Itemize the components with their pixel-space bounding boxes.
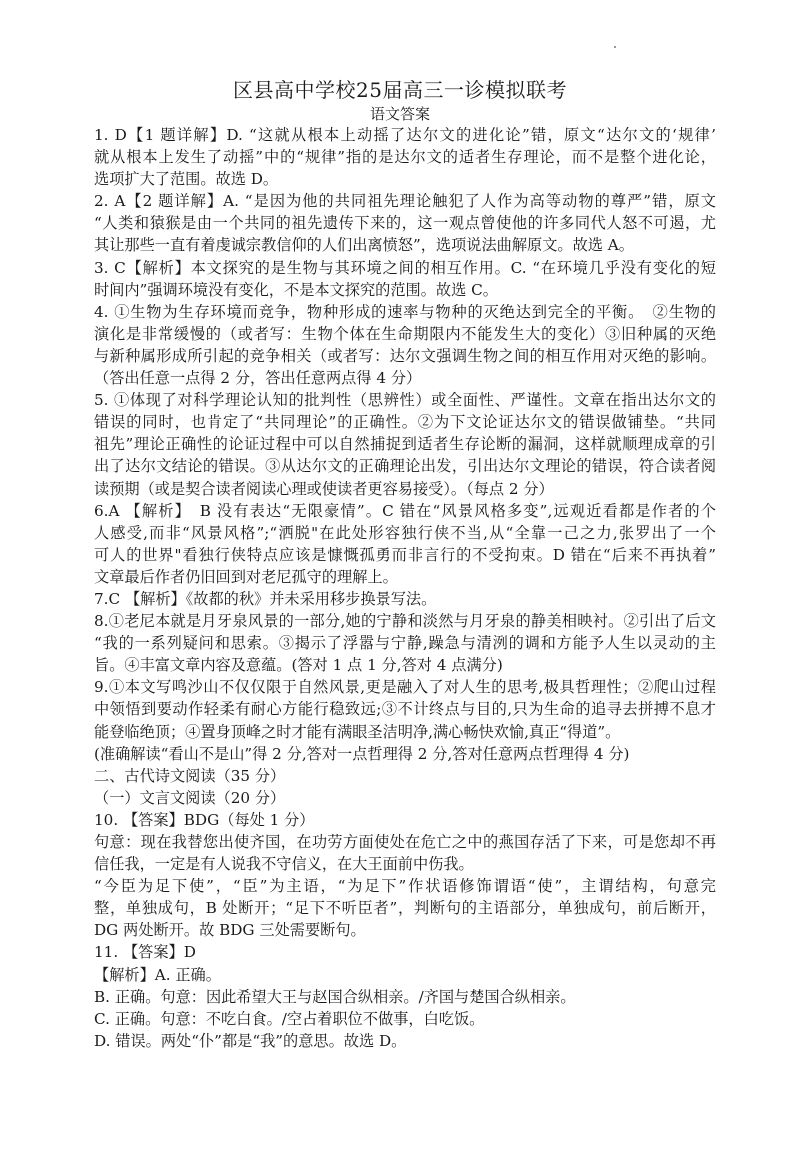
text-line: 出了达尔文结论的错误。③从达尔文的正确理论出发，引出达尔文理论的错误，符合读者阅 xyxy=(94,455,716,477)
page-title: 区县高中学校25届高三一诊模拟联考 xyxy=(0,78,800,102)
text-line: 信任我，一定是有人说我不守信义，在大王面前中伤我。 xyxy=(94,853,716,875)
text-line: (准确解读“看山不是山”得 2 分,答对一点哲理得 2 分,答对任意两点哲理得 … xyxy=(94,743,716,765)
text-line: 6.A 【解析】 B 没有表达“无限豪情”。C 错在“风景风格多变”,远观近看都… xyxy=(94,500,716,522)
text-line: 2. A【2 题详解】A. “是因为他的共同祖先理论触犯了人作为高等动物的尊严”… xyxy=(94,190,716,212)
text-line: 1. D【1 题详解】D. “这就从根本上动摇了达尔文的进化论”错，原文“达尔文… xyxy=(94,124,716,146)
text-line: 11. 【答案】D xyxy=(94,941,716,963)
text-line: 其让那些一直有着虔诚宗教信仰的人们出离愤怒”，选项说法曲解原文。故选 A。 xyxy=(94,234,716,256)
text-line: 5. ①体现了对科学理论认知的批判性（思辨性）或全面性、严谨性。文章在指出达尔文… xyxy=(94,389,716,411)
text-line: 整，单独成句，B 处断开；“足下不听臣者”，判断句的主语部分，单独成句，前后断开… xyxy=(94,897,716,919)
text-line: 句意：现在我替您出使齐国，在功劳方面使处在危亡之中的燕国存活了下来，可是您却不再 xyxy=(94,831,716,853)
text-line: 10. 【答案】BDG（每处 1 分） xyxy=(94,809,716,831)
scan-speck xyxy=(614,46,616,48)
text-line: 祖先”理论正确性的论证过程中可以自然捕捉到适者生存论断的漏洞，这样就顺理成章的引 xyxy=(94,433,716,455)
answer-body: 1. D【1 题详解】D. “这就从根本上动摇了达尔文的进化论”错，原文“达尔文… xyxy=(94,124,716,1052)
text-line: 4. ①生物为生存环境而竞争，物种形成的速率与物种的灭绝达到完全的平衡。 ②生物… xyxy=(94,301,716,323)
text-line: 可人的世界"看独行侠特点应该是慷慨孤勇而非言行的不受拘束。D 错在“后来不再执着… xyxy=(94,544,716,566)
text-line: DG 两处断开。故 BDG 三处需要断句。 xyxy=(94,919,716,941)
text-line: “人类和猿猴是由一个共同的祖先遗传下来的，这一观点曾使他的许多同代人怒不可遏，尤 xyxy=(94,212,716,234)
text-line: 能登临绝顶；④置身顶峰之时才能有满眼圣洁明净,满心畅快欢愉,真正“得道”。 xyxy=(94,721,716,743)
page-subtitle: 语文答案 xyxy=(0,104,800,124)
text-line: 9.①本文写鸣沙山不仅仅限于自然风景,更是融入了对人生的思考,极具哲理性；②爬山… xyxy=(94,676,716,698)
text-line: 旨。④丰富文章内容及意蕴。(答对 1 点 1 分,答对 4 点满分) xyxy=(94,654,716,676)
text-line: 错误的同时，也肯定了“共同理论”的正确性。②为下文论证达尔文的错误做铺垫。“共同 xyxy=(94,411,716,433)
text-line: 7.C 【解析】《故都的秋》并未采用移步换景写法。 xyxy=(94,588,716,610)
text-line: “我的一系列疑问和思索。③揭示了浮嚣与宁静,躁急与清洌的调和方能予人生以灵动的主 xyxy=(94,632,716,654)
text-line: 就从根本上发生了动摇”中的“规律”指的是达尔文的适者生存理论，而不是整个进化论， xyxy=(94,146,716,168)
text-line: D. 错误。两处“仆”都是“我”的意思。故选 D。 xyxy=(94,1030,716,1052)
text-line: （一）文言文阅读（20 分） xyxy=(94,787,716,809)
text-line: 时间内”强调环境没有变化，不是本文探究的范围。故选 C。 xyxy=(94,279,716,301)
text-line: C. 正确。句意：不吃白食。/空占着职位不做事，白吃饭。 xyxy=(94,1008,716,1030)
text-line: 与新种属形成所引起的竞争相关（或者写：达尔文强调生物之间的相互作用对灭绝的影响。 xyxy=(94,345,716,367)
text-line: 选项扩大了范围。故选 D。 xyxy=(94,168,716,190)
text-line: 文章最后作者仍旧回到对老尼孤守的理解上。 xyxy=(94,566,716,588)
text-line: 中领悟到要动作轻柔有耐心方能行稳致远;③不计终点与目的,只为生命的追寻去拼搏不息… xyxy=(94,698,716,720)
text-line: （答出任意一点得 2 分，答出任意两点得 4 分） xyxy=(94,367,716,389)
text-line: 二、古代诗文阅读（35 分） xyxy=(94,765,716,787)
text-line: 演化是非常缓慢的（或者写：生物个体在生命期限内不能发生大的变化）③旧种属的灭绝 xyxy=(94,323,716,345)
text-line: 8.①老尼本就是月牙泉风景的一部分,她的宁静和淡然与月牙泉的静美相映衬。②引出了… xyxy=(94,610,716,632)
text-line: 3. C【解析】本文探究的是生物与其环境之间的相互作用。C. “在环境几乎没有变… xyxy=(94,257,716,279)
text-line: 读预期（或是契合读者阅读心理或使读者更容易接受）。（每点 2 分） xyxy=(94,478,716,500)
text-line: 【解析】A. 正确。 xyxy=(94,964,716,986)
text-line: 人感受,而非“风景风格”;“洒脱"在此处形容独行侠不当,从“全靠一己之力,张罗出… xyxy=(94,522,716,544)
text-line: “今臣为足下使”，“臣”为主语，“为足下”作状语修饰谓语“使”，主谓结构，句意完 xyxy=(94,875,716,897)
text-line: B. 正确。句意：因此希望大王与赵国合纵相亲。/齐国与楚国合纵相亲。 xyxy=(94,986,716,1008)
